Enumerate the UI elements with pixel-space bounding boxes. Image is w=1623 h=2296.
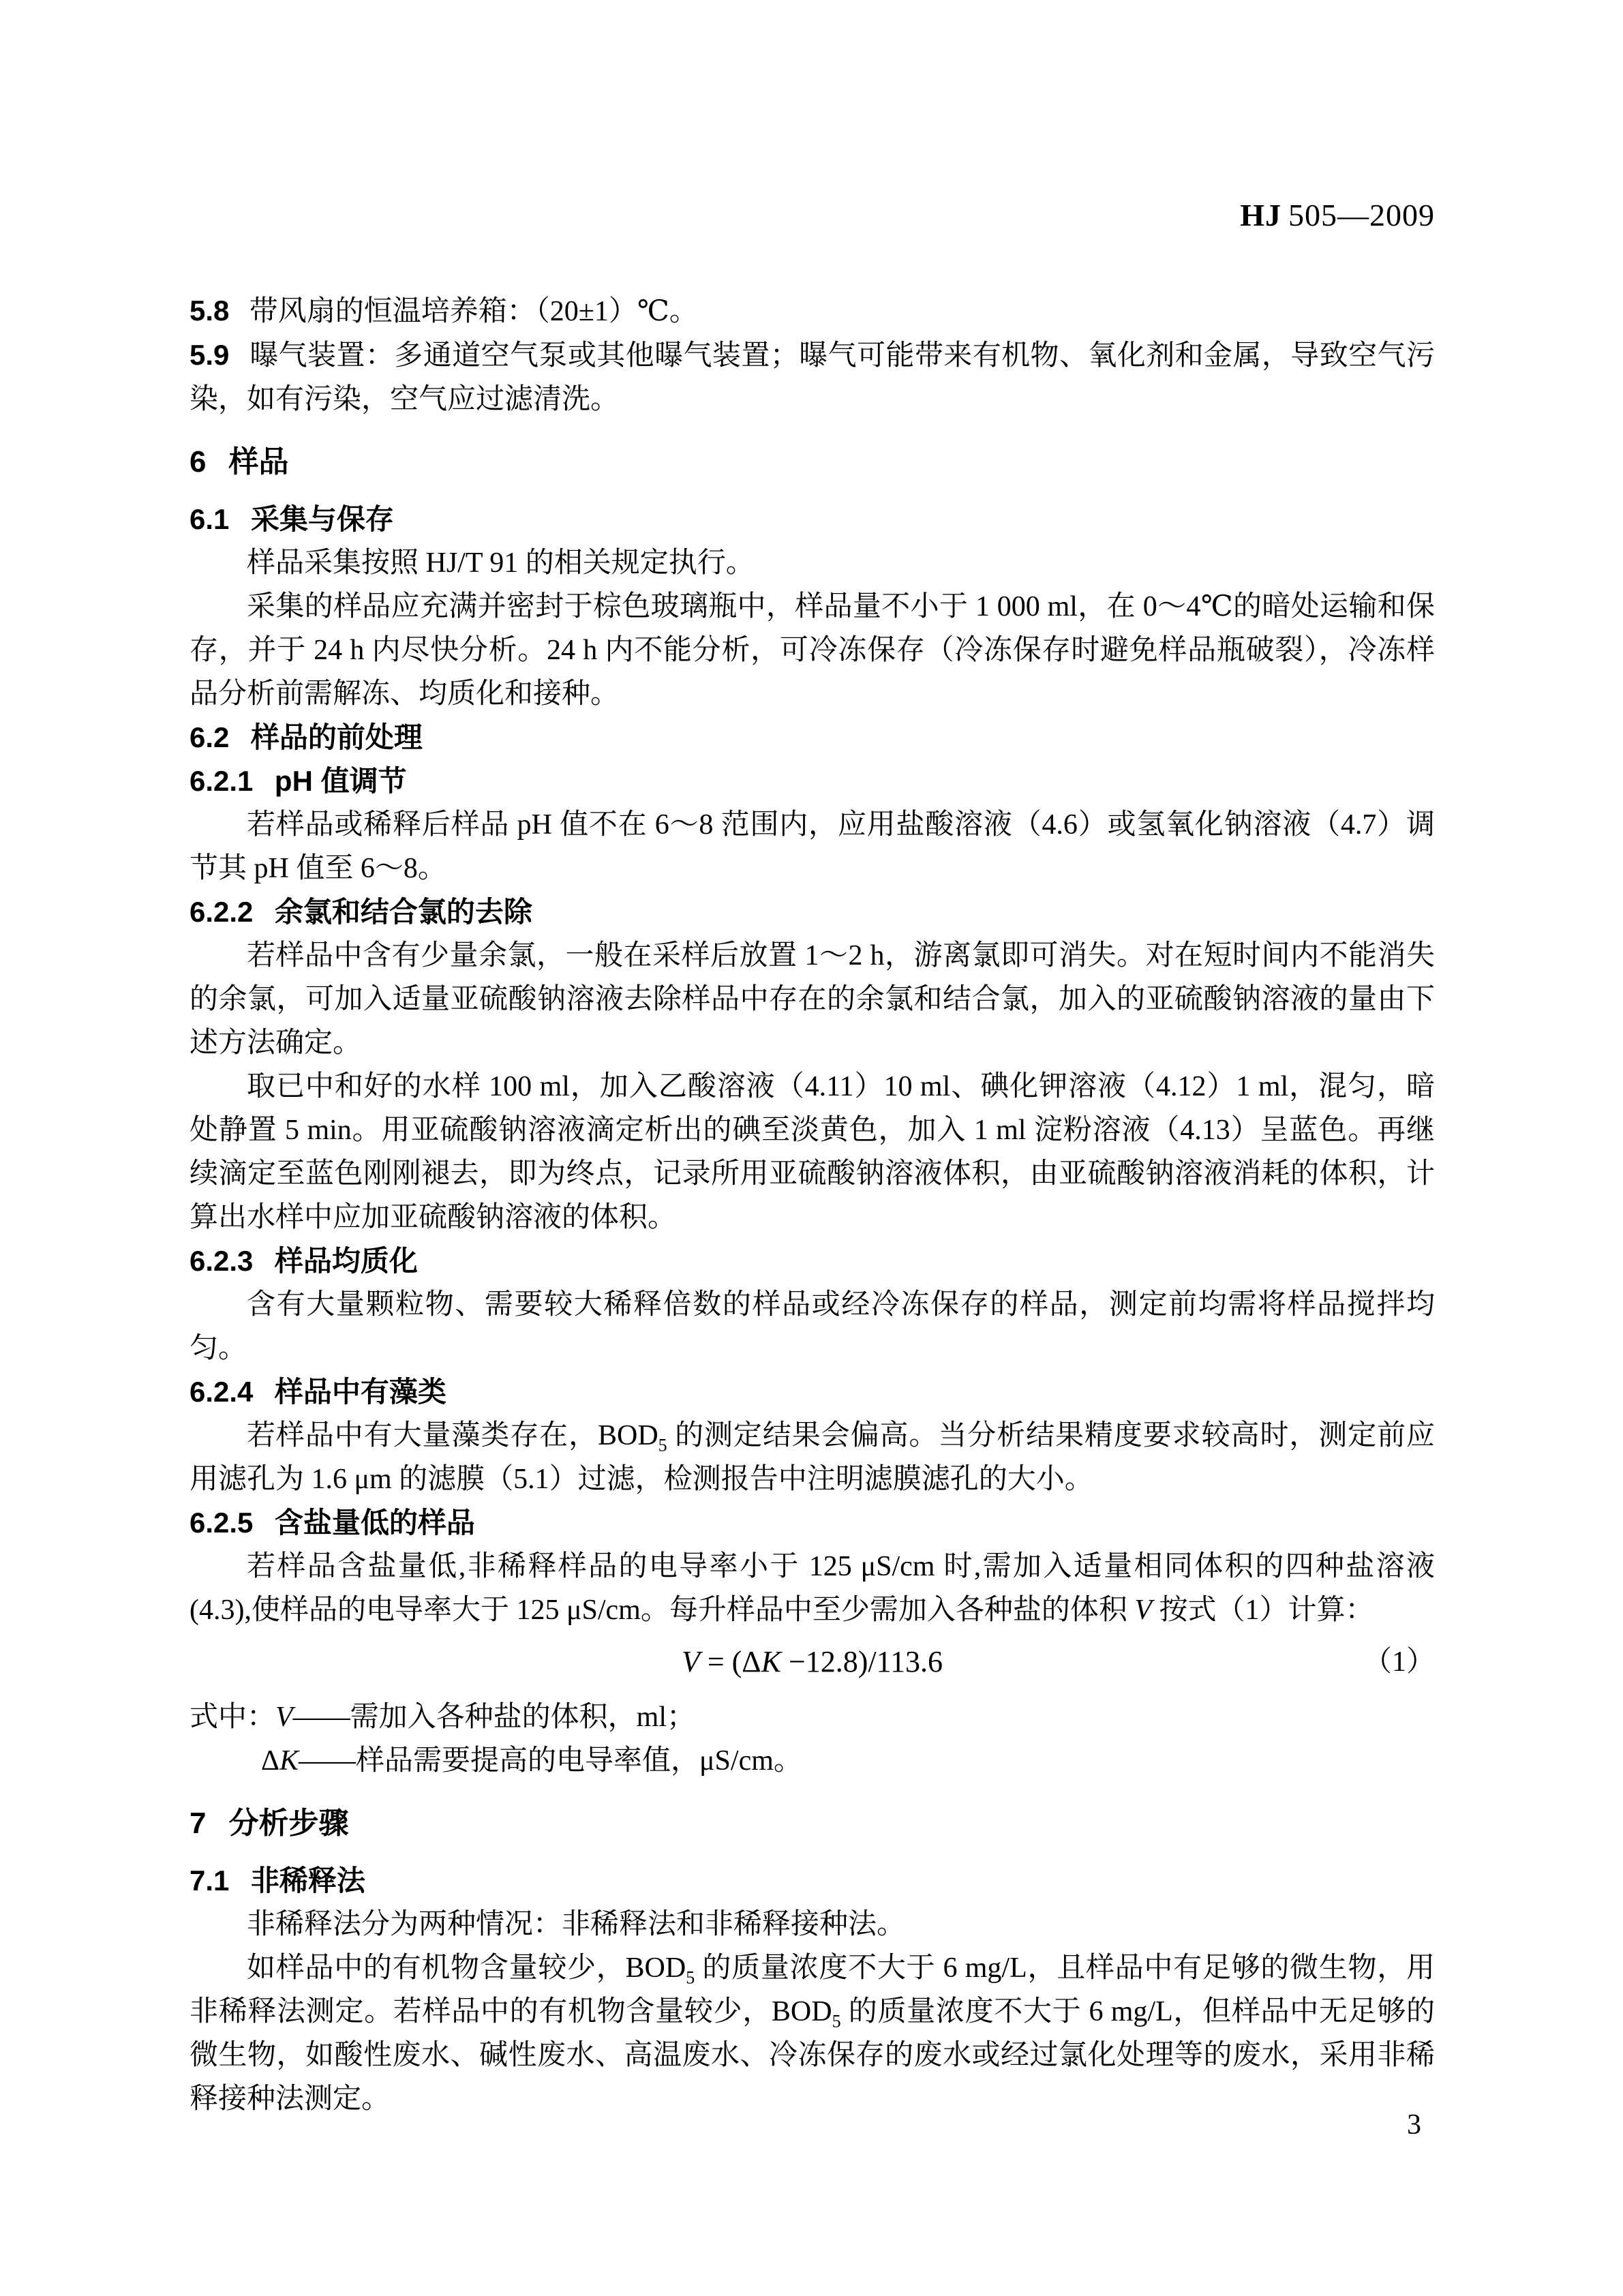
section-title: 样品均质化 — [275, 1245, 418, 1277]
section-heading-6.2.1: 6.2.1pH 值调节 — [189, 759, 1435, 803]
page-number: 3 — [1407, 2108, 1421, 2142]
section-number: 6.2 — [189, 721, 229, 753]
section-title: 余氯和结合氯的去除 — [275, 896, 532, 928]
equation-1: V = (ΔK −12.8)/113.6（1） — [189, 1643, 1435, 1682]
clause-number: 5.9 — [189, 339, 229, 371]
paragraph: 采集的样品应充满并密封于棕色玻璃瓶中，样品量不小于 1 000 ml，在 0～4… — [189, 585, 1435, 716]
symbol-definition: 式中：V——需加入各种盐的体积，ml； — [189, 1695, 1435, 1739]
section-number: 7 — [189, 1807, 206, 1840]
paragraph: 样品采集按照 HJ/T 91 的相关规定执行。 — [189, 541, 1435, 585]
clause-5.9: 5.9曝气装置：多通道空气泵或其他曝气装置；曝气可能带来有机物、氧化剂和金属，导… — [189, 333, 1435, 421]
paragraph: 取已中和好的水样 100 ml，加入乙酸溶液（4.11）10 ml、碘化钾溶液（… — [189, 1065, 1435, 1239]
equation-number: （1） — [1363, 1643, 1435, 1681]
section-title: 样品中有藻类 — [275, 1376, 446, 1408]
paragraph: 若样品中有大量藻类存在，BOD5 的测定结果会偏高。当分析结果精度要求较高时，测… — [189, 1414, 1435, 1501]
section-number: 6 — [189, 445, 206, 479]
section-heading-6.2.3: 6.2.3样品均质化 — [189, 1239, 1435, 1283]
section-number: 7.1 — [189, 1864, 229, 1897]
clause-number: 5.8 — [189, 294, 229, 327]
section-heading-6.2.2: 6.2.2余氯和结合氯的去除 — [189, 890, 1435, 934]
section-title: 采集与保存 — [251, 503, 394, 535]
section-title: 样品的前处理 — [251, 721, 423, 753]
section-heading-6.2.4: 6.2.4样品中有藻类 — [189, 1370, 1435, 1414]
paragraph: 若样品含盐量低,非稀释样品的电导率小于 125 μS/cm 时,需加入适量相同体… — [189, 1545, 1435, 1632]
section-title: 分析步骤 — [228, 1807, 348, 1840]
section-title: 含盐量低的样品 — [275, 1507, 475, 1539]
standard-code-number: 505—2009 — [1288, 198, 1435, 232]
section-number: 6.2.1 — [189, 765, 253, 797]
section-number: 6.2.4 — [189, 1376, 253, 1408]
document-page: HJ505—2009 5.8带风扇的恒温培养箱：（20±1）℃。5.9曝气装置：… — [0, 0, 1623, 2296]
section-number: 6.2.2 — [189, 896, 253, 928]
section-heading-7.1: 7.1非稀释法 — [189, 1859, 1435, 1903]
paragraph: 非稀释法分为两种情况：非稀释法和非稀释接种法。 — [189, 1903, 1435, 1946]
section-heading-6.1: 6.1采集与保存 — [189, 498, 1435, 541]
paragraph: 若样品中含有少量余氯，一般在采样后放置 1～2 h，游离氯即可消失。对在短时间内… — [189, 934, 1435, 1065]
equation-expression: V = (ΔK −12.8)/113.6 — [682, 1645, 943, 1678]
symbol-definition: ΔK——样品需要提高的电导率值，μS/cm。 — [189, 1739, 1435, 1783]
section-heading-6.2.5: 6.2.5含盐量低的样品 — [189, 1501, 1435, 1545]
section-heading-7: 7分析步骤 — [189, 1804, 1435, 1843]
paragraph: 若样品或稀释后样品 pH 值不在 6～8 范围内，应用盐酸溶液（4.6）或氢氧化… — [189, 803, 1435, 890]
section-title: 非稀释法 — [251, 1864, 365, 1897]
document-content: 5.8带风扇的恒温培养箱：（20±1）℃。5.9曝气装置：多通道空气泵或其他曝气… — [189, 289, 1435, 2121]
section-title: pH 值调节 — [275, 765, 407, 797]
section-number: 6.2.5 — [189, 1507, 253, 1539]
section-number: 6.1 — [189, 503, 229, 535]
paragraph: 含有大量颗粒物、需要较大稀释倍数的样品或经冷冻保存的样品，测定前均需将样品搅拌均… — [189, 1283, 1435, 1370]
section-heading-6.2: 6.2样品的前处理 — [189, 716, 1435, 759]
standard-code-prefix: HJ — [1240, 198, 1281, 232]
section-title: 样品 — [228, 445, 288, 479]
standard-code: HJ505—2009 — [189, 196, 1435, 235]
section-number: 6.2.3 — [189, 1245, 253, 1277]
page-body: HJ505—2009 5.8带风扇的恒温培养箱：（20±1）℃。5.9曝气装置：… — [189, 196, 1435, 2121]
paragraph: 如样品中的有机物含量较少，BOD5 的质量浓度不大于 6 mg/L，且样品中有足… — [189, 1946, 1435, 2121]
clause-5.8: 5.8带风扇的恒温培养箱：（20±1）℃。 — [189, 289, 1435, 333]
section-heading-6: 6样品 — [189, 443, 1435, 481]
